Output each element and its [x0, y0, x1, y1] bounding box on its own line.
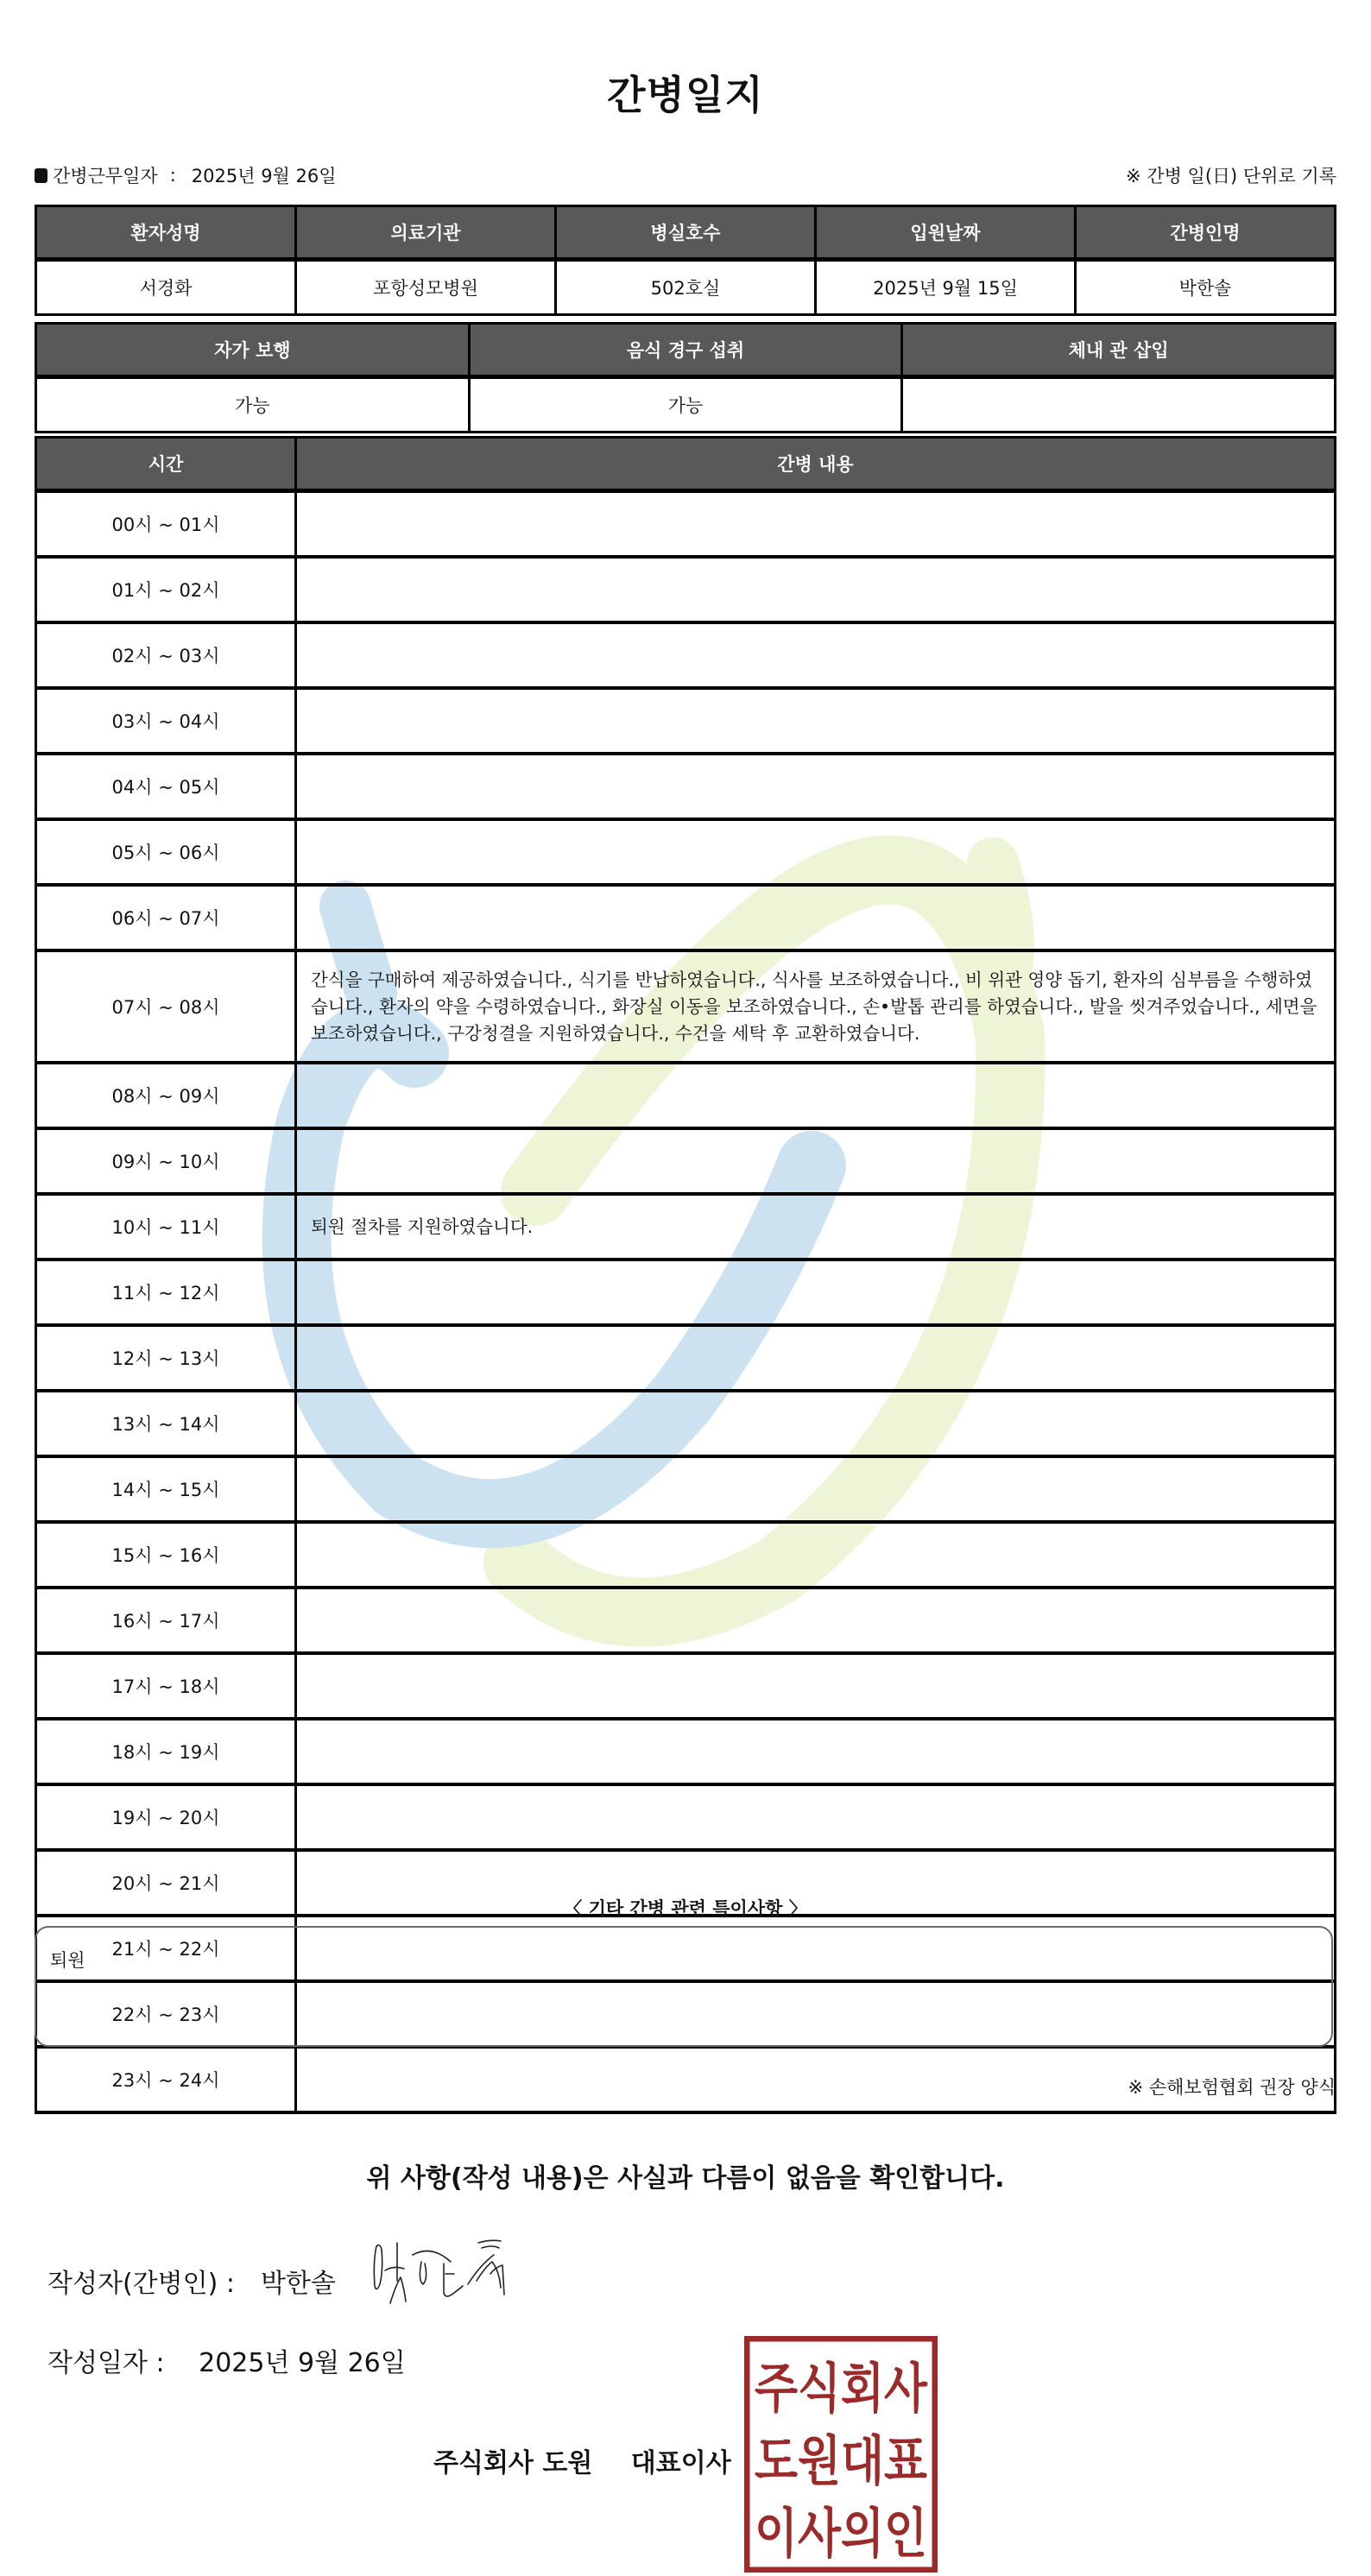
log-content — [296, 557, 1336, 622]
log-time: 07시 ~ 08시 — [36, 950, 296, 1063]
log-row: 05시 ~ 06시 — [36, 819, 1336, 885]
header-caregiver-name: 간병인명 — [1076, 206, 1336, 260]
header-patient-name: 환자성명 — [36, 206, 296, 260]
log-rows: 00시 ~ 01시01시 ~ 02시02시 ~ 03시03시 ~ 04시04시 … — [36, 491, 1336, 2113]
room-number: 502호실 — [556, 260, 816, 315]
patient-name: 서경화 — [36, 260, 296, 315]
confirmation-statement: 위 사항(작성 내용)은 사실과 다름이 없음을 확인합니다. — [0, 2156, 1371, 2194]
header-admission-date: 입원날짜 — [816, 206, 1076, 260]
self-walking-value: 가능 — [36, 377, 470, 432]
log-content — [296, 1063, 1336, 1128]
log-time: 23시 ~ 24시 — [36, 2047, 296, 2112]
patient-info-table: 환자성명 의료기관 병실호수 입원날짜 간병인명 서경화 포항성모병원 502호… — [35, 205, 1336, 316]
log-content — [296, 1260, 1336, 1325]
log-row: 08시 ~ 09시 — [36, 1063, 1336, 1128]
header-hospital: 의료기관 — [296, 206, 556, 260]
log-row: 19시 ~ 20시 — [36, 1784, 1336, 1850]
log-content — [296, 688, 1336, 754]
log-time: 01시 ~ 02시 — [36, 557, 296, 622]
log-row: 10시 ~ 11시퇴원 절차를 지원하였습니다. — [36, 1194, 1336, 1260]
log-content — [296, 1522, 1336, 1588]
admission-date: 2025년 9월 15일 — [816, 260, 1076, 315]
log-time: 08시 ~ 09시 — [36, 1063, 296, 1128]
oral-intake-value: 가능 — [469, 377, 902, 432]
caregiver-name: 박한솔 — [1076, 260, 1336, 315]
log-content: 퇴원 절차를 지원하였습니다. — [296, 1194, 1336, 1260]
log-content — [296, 1784, 1336, 1850]
log-content: 간식을 구매하여 제공하였습니다., 식기를 반납하였습니다., 식사를 보조하… — [296, 950, 1336, 1063]
log-row: 18시 ~ 19시 — [36, 1719, 1336, 1784]
log-row: 17시 ~ 18시 — [36, 1653, 1336, 1719]
log-content — [296, 1653, 1336, 1719]
bullet-square-icon — [35, 168, 47, 183]
log-row: 01시 ~ 02시 — [36, 557, 1336, 622]
log-time: 09시 ~ 10시 — [36, 1128, 296, 1194]
log-time: 17시 ~ 18시 — [36, 1653, 296, 1719]
work-date-label: 간병근무일자 — [53, 162, 158, 188]
unit-note: ※ 간병 일(日) 단위로 기록 — [1126, 162, 1336, 188]
header-oral-intake: 음식 경구 섭취 — [469, 324, 902, 377]
log-row: 04시 ~ 05시 — [36, 754, 1336, 819]
writer-label: 작성자(간병인) : — [47, 2262, 235, 2300]
header-time: 시간 — [36, 438, 296, 491]
handwritten-signature-icon — [371, 2236, 522, 2314]
log-time: 18시 ~ 19시 — [36, 1719, 296, 1784]
company-seal-stamp-icon: 주식회사 도원대표 이사의인 — [744, 2336, 938, 2573]
log-content — [296, 754, 1336, 819]
page-title: 간병일지 — [0, 64, 1371, 121]
stamp-line-3: 이사의인 — [755, 2502, 927, 2565]
hospital: 포항성모병원 — [296, 260, 556, 315]
special-notes-text: 퇴원 — [50, 1950, 85, 1971]
log-row: 13시 ~ 14시 — [36, 1391, 1336, 1456]
log-content — [296, 1588, 1336, 1653]
hourly-care-log-table: 시간 간병 내용 00시 ~ 01시01시 ~ 02시02시 ~ 03시03시 … — [35, 436, 1336, 2114]
log-content — [296, 885, 1336, 950]
log-row: 11시 ~ 12시 — [36, 1260, 1336, 1325]
written-date-label: 작성일자 : — [47, 2348, 165, 2378]
log-row: 06시 ~ 07시 — [36, 885, 1336, 950]
log-time: 14시 ~ 15시 — [36, 1456, 296, 1522]
log-row: 12시 ~ 13시 — [36, 1325, 1336, 1391]
log-row: 03시 ~ 04시 — [36, 688, 1336, 754]
log-time: 06시 ~ 07시 — [36, 885, 296, 950]
log-row: 02시 ~ 03시 — [36, 622, 1336, 688]
log-content — [296, 1128, 1336, 1194]
written-date-value: 2025년 9월 26일 — [199, 2348, 406, 2378]
log-row: 15시 ~ 16시 — [36, 1522, 1336, 1588]
log-content — [296, 1325, 1336, 1391]
tube-insertion-value — [902, 377, 1336, 432]
stamp-line-1: 주식회사 — [755, 2357, 928, 2420]
log-time: 10시 ~ 11시 — [36, 1194, 296, 1260]
log-time: 15시 ~ 16시 — [36, 1522, 296, 1588]
log-time: 16시 ~ 17시 — [36, 1588, 296, 1653]
log-content — [296, 1456, 1336, 1522]
writer-name: 박한솔 — [261, 2262, 336, 2300]
header-room: 병실호수 — [556, 206, 816, 260]
log-content — [296, 491, 1336, 558]
log-time: 12시 ~ 13시 — [36, 1325, 296, 1391]
notes-title: 〈 기타 간병 관련 특이사항 〉 — [0, 1895, 1371, 1921]
work-date-separator: : — [170, 165, 176, 186]
work-date-value: 2025년 9월 26일 — [192, 162, 337, 188]
header-care-content: 간병 내용 — [296, 438, 1336, 491]
representative-title: 대표이사 — [631, 2448, 731, 2478]
special-notes-box: 퇴원 — [35, 1926, 1333, 2047]
log-content — [296, 819, 1336, 885]
log-time: 19시 ~ 20시 — [36, 1784, 296, 1850]
company-name: 주식회사 도원 — [433, 2448, 592, 2478]
log-content — [296, 1391, 1336, 1456]
log-row: 07시 ~ 08시간식을 구매하여 제공하였습니다., 식기를 반납하였습니다.… — [36, 950, 1336, 1063]
log-time: 11시 ~ 12시 — [36, 1260, 296, 1325]
log-time: 05시 ~ 06시 — [36, 819, 296, 885]
log-row: 16시 ~ 17시 — [36, 1588, 1336, 1653]
patient-status-table: 자가 보행 음식 경구 섭취 체내 관 삽입 가능 가능 — [35, 322, 1336, 433]
log-row: 14시 ~ 15시 — [36, 1456, 1336, 1522]
log-time: 00시 ~ 01시 — [36, 491, 296, 558]
log-time: 13시 ~ 14시 — [36, 1391, 296, 1456]
written-date-line: 작성일자 : 2025년 9월 26일 — [47, 2341, 406, 2379]
log-content — [296, 622, 1336, 688]
log-row: 09시 ~ 10시 — [36, 1128, 1336, 1194]
log-time: 02시 ~ 03시 — [36, 622, 296, 688]
work-date-line: 간병근무일자 : 2025년 9월 26일 — [35, 162, 337, 188]
writer-line: 작성자(간병인) : 박한솔 — [47, 2262, 336, 2300]
log-content — [296, 1719, 1336, 1784]
stamp-line-2: 도원대표 — [755, 2429, 927, 2492]
company-signature-line: 주식회사 도원 대표이사 — [433, 2441, 731, 2479]
log-time: 03시 ~ 04시 — [36, 688, 296, 754]
form-source-note: ※ 손해보험협회 권장 양식 — [1128, 2074, 1336, 2099]
log-time: 04시 ~ 05시 — [36, 754, 296, 819]
log-row: 00시 ~ 01시 — [36, 491, 1336, 558]
header-self-walking: 자가 보행 — [36, 324, 470, 377]
care-log-document: 간병일지 간병근무일자 : 2025년 9월 26일 ※ 간병 일(日) 단위로… — [0, 0, 1371, 2576]
header-tube-insertion: 체내 관 삽입 — [902, 324, 1336, 377]
